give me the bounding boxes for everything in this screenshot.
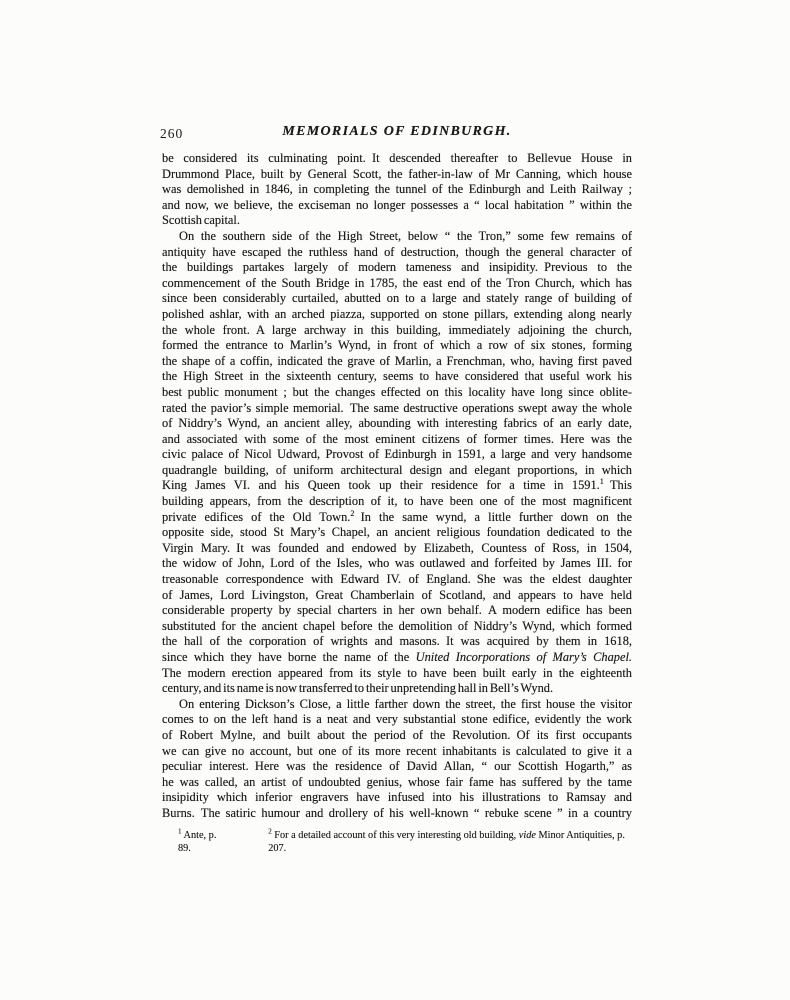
page-number: 260 [160, 126, 183, 142]
text-segment: private edifices of the Old Town. [162, 510, 350, 524]
text-line: be considered its culminating point. It … [162, 151, 632, 167]
text-line: of Niddry’s Wynd, an ancient alley, abou… [162, 416, 632, 432]
text-line: considerable property by special charter… [162, 603, 632, 619]
text-segment: since which they have borne the name of … [162, 650, 416, 664]
text-line: quadrangle building, of uniform architec… [162, 463, 632, 479]
text-line: the shape of a coffin, indicated the gra… [162, 354, 632, 370]
text-line: substituted for the ancient chapel befor… [162, 619, 632, 635]
text-line: civic palace of Nicol Udward, Provost of… [162, 447, 632, 463]
footnote: 2 For a detailed account of this very in… [268, 829, 634, 855]
page-body: be considered its culminating point. It … [162, 151, 632, 822]
footnotes: 1 Ante, p. 89.2 For a detailed account o… [178, 829, 634, 855]
book-page: 260 MEMORIALS OF EDINBURGH. be considere… [0, 0, 790, 1000]
text-line: treasonable correspondence with Edward I… [162, 572, 632, 588]
text-line: private edifices of the Old Town.2 In th… [162, 510, 632, 526]
text-line: On the southern side of the High Street,… [162, 229, 632, 245]
text-line: The modern erection appeared from its st… [162, 666, 632, 682]
text-line: peculiar interest. Here was the residenc… [162, 759, 632, 775]
text-line: Scottish capital. [162, 213, 632, 229]
text-line: formed the entrance to Marlin’s Wynd, in… [162, 338, 632, 354]
text-line: we can give no account, but one of its m… [162, 744, 632, 760]
text-line: the widow of John, Lord of the Isles, wh… [162, 556, 632, 572]
running-title: MEMORIALS OF EDINBURGH. [162, 124, 632, 140]
text-line: century, and its name is now transferred… [162, 681, 632, 697]
text-line: of Robert Mylne, and built about the per… [162, 728, 632, 744]
text-line: was demolished in 1846, in completing th… [162, 182, 632, 198]
text-line: since been considerably curtailed, abutt… [162, 291, 632, 307]
text-line: On entering Dickson’s Close, a little fa… [162, 697, 632, 713]
text-line: the High Street in the sixteenth century… [162, 369, 632, 385]
text-line: the hall of the corporation of wrights a… [162, 634, 632, 650]
text-segment: King James VI. and his Queen took up the… [162, 478, 600, 492]
text-line: opposite side, stood St Mary’s Chapel, a… [162, 525, 632, 541]
text-line: polished ashlar, with an arched piazza, … [162, 307, 632, 323]
text-line: he was called, an artist of undoubted ge… [162, 775, 632, 791]
scan-noise [0, 0, 1, 1]
text-line: comes to on the left hand is a neat and … [162, 712, 632, 728]
text-line: Drummond Place, built by General Scott, … [162, 167, 632, 183]
text-line: of James, Lord Livingston, Great Chamber… [162, 588, 632, 604]
text-line: since which they have borne the name of … [162, 650, 632, 666]
text-line: the whole front. A large archway in this… [162, 323, 632, 339]
text-line: and associated with some of the most emi… [162, 432, 632, 448]
text-line: Virgin Mary. It was founded and endowed … [162, 541, 632, 557]
text-line: Burns. The satiric humour and drollery o… [162, 806, 632, 822]
text-line: rated the pavior’s simple memorial. The … [162, 401, 632, 417]
text-segment: In the same wynd, a little further down … [354, 510, 632, 524]
text-line: building appears, from the description o… [162, 494, 632, 510]
text-segment: This [604, 478, 632, 492]
text-segment: Ante, p. 89. [178, 830, 216, 854]
text-line: best public monument ; but the changes e… [162, 385, 632, 401]
text-line: the buildings partakes largely of modern… [162, 260, 632, 276]
italic-text: vide [519, 830, 536, 841]
text-segment: For a detailed account of this very inte… [272, 830, 519, 841]
text-line: King James VI. and his Queen took up the… [162, 478, 632, 494]
footnote: 1 Ante, p. 89. [178, 829, 230, 855]
page-header: 260 MEMORIALS OF EDINBURGH. [162, 124, 632, 142]
italic-text: United Incorporations of Mary’s Chapel. [416, 650, 632, 664]
text-line: and now, we believe, the exciseman no lo… [162, 198, 632, 214]
text-line: commencement of the South Bridge in 1785… [162, 276, 632, 292]
text-line: insipidity which inferior engravers have… [162, 790, 632, 806]
text-line: antiquity have escaped the ruthless hand… [162, 245, 632, 261]
